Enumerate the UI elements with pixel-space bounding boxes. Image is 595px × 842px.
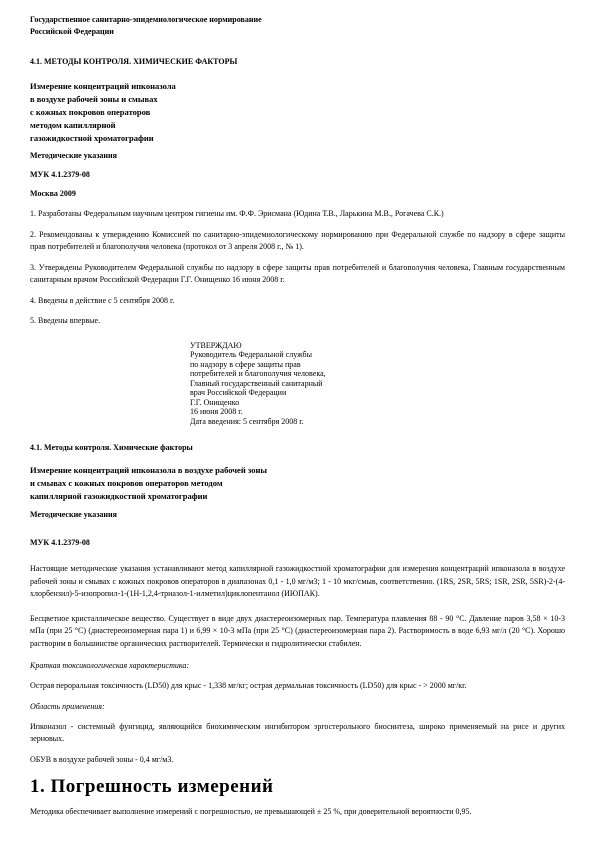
approval-line: УТВЕРЖДАЮ: [190, 341, 565, 351]
cover-imprint: Москва 2009: [30, 188, 565, 200]
preamble: 1. Разработаны Федеральным научным центр…: [30, 208, 565, 327]
preamble-item-2: 2. Рекомендованы к утверждению Комиссией…: [30, 229, 565, 254]
cover-title-line: газожидкостной хроматографии: [30, 132, 565, 145]
body-doc-number: МУК 4.1.2379-08: [30, 537, 565, 549]
toxicology-label: Краткая токсикологическая характеристика…: [30, 660, 565, 672]
approval-line: Главный государственный санитарный: [190, 379, 565, 389]
approval-line: потребителей и благополучия человека,: [190, 369, 565, 379]
intro-paragraph: Настоящие методические указания устанавл…: [30, 563, 565, 601]
approval-date: 16 июня 2008 г.: [190, 407, 565, 417]
preamble-item-5: 5. Введены впервые.: [30, 315, 565, 327]
approval-line: Руководитель Федеральной службы: [190, 350, 565, 360]
approval-line: врач Российской Федерации: [190, 388, 565, 398]
body-title: Измерение концентраций ипконазола в возд…: [30, 464, 565, 503]
properties-paragraph: Бесцветное кристаллическое вещество. Сущ…: [30, 613, 565, 651]
cover-title-line: с кожных покровов операторов: [30, 106, 565, 119]
body-title-line: и смывах с кожных покровов операторов ме…: [30, 477, 565, 490]
section-1-paragraph: Методика обеспечивает выполнение измерен…: [30, 806, 565, 819]
cover-doc-number: МУК 4.1.2379-08: [30, 169, 565, 181]
org-name-line1: Государственное санитарно-эпидемиологиче…: [30, 14, 565, 26]
document-page: Государственное санитарно-эпидемиологиче…: [0, 0, 595, 842]
cover-title-line: методом капиллярной: [30, 119, 565, 132]
scope-label: Область применения:: [30, 701, 565, 713]
body-section-label: 4.1. Методы контроля. Химические факторы: [30, 442, 565, 454]
toxicology-paragraph: Острая пероральная токсичность (LD50) дл…: [30, 680, 565, 693]
cover-section-label: 4.1. МЕТОДЫ КОНТРОЛЯ. ХИМИЧЕСКИЕ ФАКТОРЫ: [30, 56, 565, 68]
obuv-line: ОБУВ в воздухе рабочей зоны - 0,4 мг/м3.: [30, 754, 565, 766]
preamble-item-3: 3. Утверждены Руководителем Федеральной …: [30, 262, 565, 287]
body-title-line: Измерение концентраций ипконазола в возд…: [30, 464, 565, 477]
approval-line: по надзору в сфере защиты прав: [190, 360, 565, 370]
preamble-item-4: 4. Введены в действие с 5 сентября 2008 …: [30, 295, 565, 307]
cover-title-line: Измерение концентраций ипконазола: [30, 80, 565, 93]
body-title-line: капиллярной газожидкостной хроматографии: [30, 490, 565, 503]
org-name-line2: Российской Федерации: [30, 26, 565, 38]
cover-title-line: в воздухе рабочей зоны и смывах: [30, 93, 565, 106]
section-1-heading: 1. Погрешность измерений: [30, 775, 565, 799]
scope-paragraph: Ипконазол - системный фунгицид, являющий…: [30, 721, 565, 746]
org-header: Государственное санитарно-эпидемиологиче…: [30, 14, 565, 38]
approval-signer: Г.Г. Онищенко: [190, 398, 565, 408]
cover-doc-type: Методические указания: [30, 150, 565, 162]
cover-title: Измерение концентраций ипконазола в возд…: [30, 80, 565, 145]
approval-effective-date: Дата введения: 5 сентября 2008 г.: [190, 417, 565, 427]
body-doc-type: Методические указания: [30, 509, 565, 521]
preamble-item-1: 1. Разработаны Федеральным научным центр…: [30, 208, 565, 221]
approval-block: УТВЕРЖДАЮ Руководитель Федеральной служб…: [190, 341, 565, 427]
